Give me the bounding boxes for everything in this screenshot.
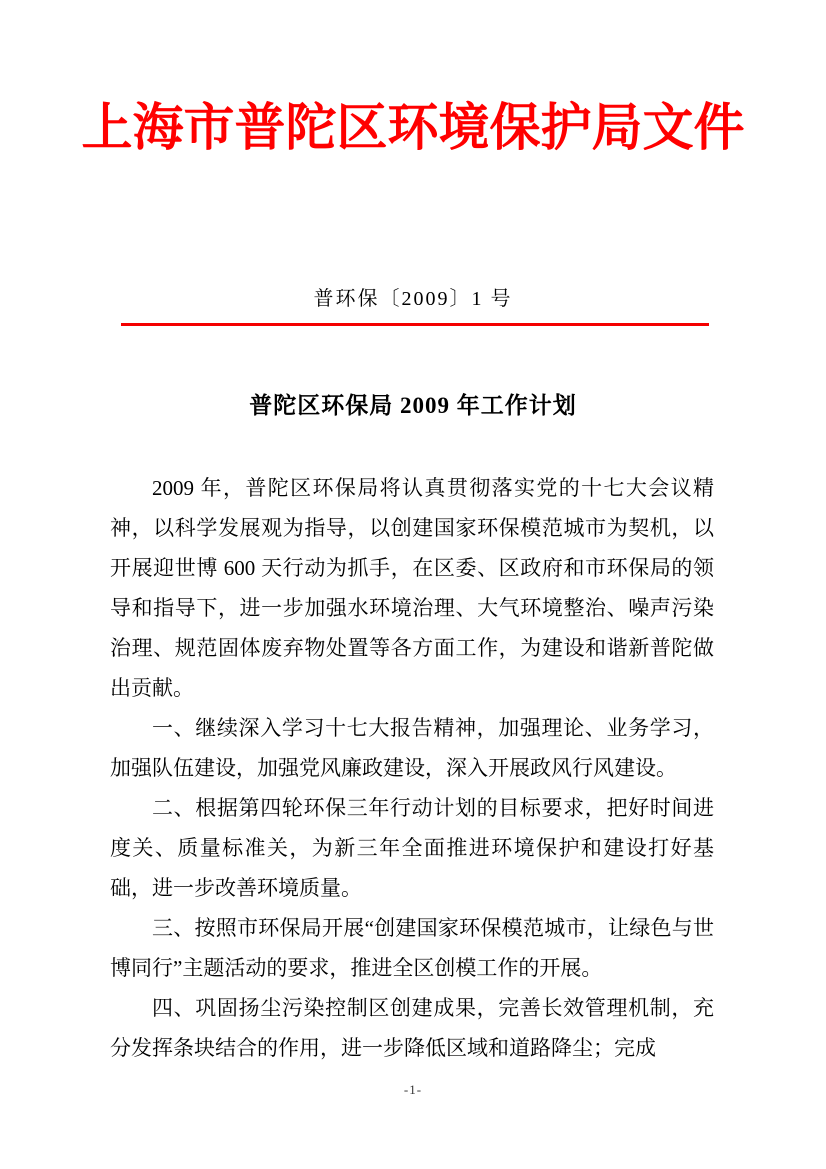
- body-paragraph: 2009 年，普陀区环保局将认真贯彻落实党的十七大会议精神，以科学发展观为指导，…: [110, 468, 714, 708]
- body-paragraph: 四、巩固扬尘污染控制区创建成果，完善长效管理机制，充分发挥条块结合的作用，进一步…: [110, 988, 714, 1068]
- document-body: 2009 年，普陀区环保局将认真贯彻落实党的十七大会议精神，以科学发展观为指导，…: [110, 468, 714, 1068]
- document-page: 上海市普陀区环境保护局文件 普环保〔2009〕1 号 普陀区环保局 2009 年…: [0, 0, 826, 1169]
- document-number: 普环保〔2009〕1 号: [0, 286, 826, 312]
- body-paragraph: 一、继续深入学习十七大报告精神，加强理论、业务学习，加强队伍建设，加强党风廉政建…: [110, 708, 714, 788]
- body-paragraph: 三、按照市环保局开展“创建国家环保模范城市，让绿色与世博同行”主题活动的要求，推…: [110, 908, 714, 988]
- body-paragraph: 二、根据第四轮环保三年行动计划的目标要求，把好时间进度关、质量标准关，为新三年全…: [110, 788, 714, 908]
- red-divider-rule: [121, 323, 709, 326]
- red-header-org-title: 上海市普陀区环境保护局文件: [0, 100, 826, 158]
- footer-page-number: -1-: [0, 1082, 826, 1098]
- document-title: 普陀区环保局 2009 年工作计划: [0, 391, 826, 421]
